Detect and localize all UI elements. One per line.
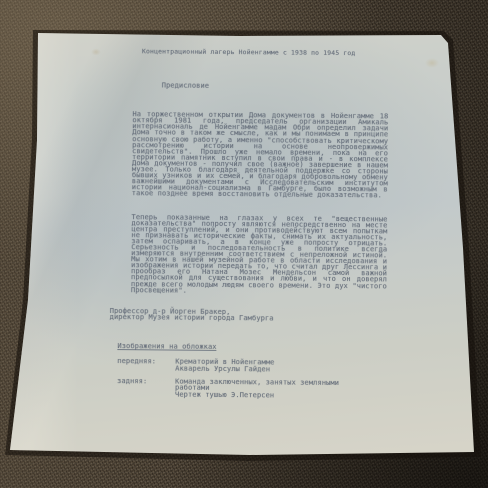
- cover-entry-front: передняя: Крематорий в Нойенгамме Акваре…: [117, 358, 393, 373]
- paragraph-2: Теперь показанные на глазах у всех те "в…: [131, 214, 388, 295]
- cover-entry-line: Чертеж тушью Э.Петерсен: [175, 391, 393, 399]
- typewritten-text-block: Концентрационный лагерь Нойенгамме с 193…: [109, 48, 396, 400]
- header-line: Концентрационный лагерь Нойенгамме с 193…: [142, 48, 396, 56]
- cover-entry-back: задняя: Команда заключенных, занятых зем…: [117, 378, 393, 400]
- cover-entry-lines: Команда заключенных, занятых земляными р…: [175, 379, 393, 400]
- signature-title: директор Музея истории города Гамбурга: [110, 314, 394, 323]
- cover-entry-line: Акварель Урсулы Гайден: [175, 365, 393, 373]
- cover-entry-label: задняя:: [117, 378, 175, 398]
- paper-sheet: Концентрационный лагерь Нойенгамме с 193…: [0, 0, 488, 488]
- section-title: Предисловие: [162, 83, 396, 91]
- cover-entry-lines: Крематорий в Нойенгамме Акварель Урсулы …: [175, 359, 393, 374]
- cover-entry-label: передняя:: [117, 358, 175, 371]
- signature-block: Профессор д-р Йорген Бракер, директор Му…: [110, 308, 394, 323]
- paragraph-1: На торжественном открытии Дома документо…: [132, 111, 389, 199]
- photo-of-document: Концентрационный лагерь Нойенгамме с 193…: [0, 0, 488, 488]
- cover-images-heading: Изображения на обложках: [117, 343, 393, 353]
